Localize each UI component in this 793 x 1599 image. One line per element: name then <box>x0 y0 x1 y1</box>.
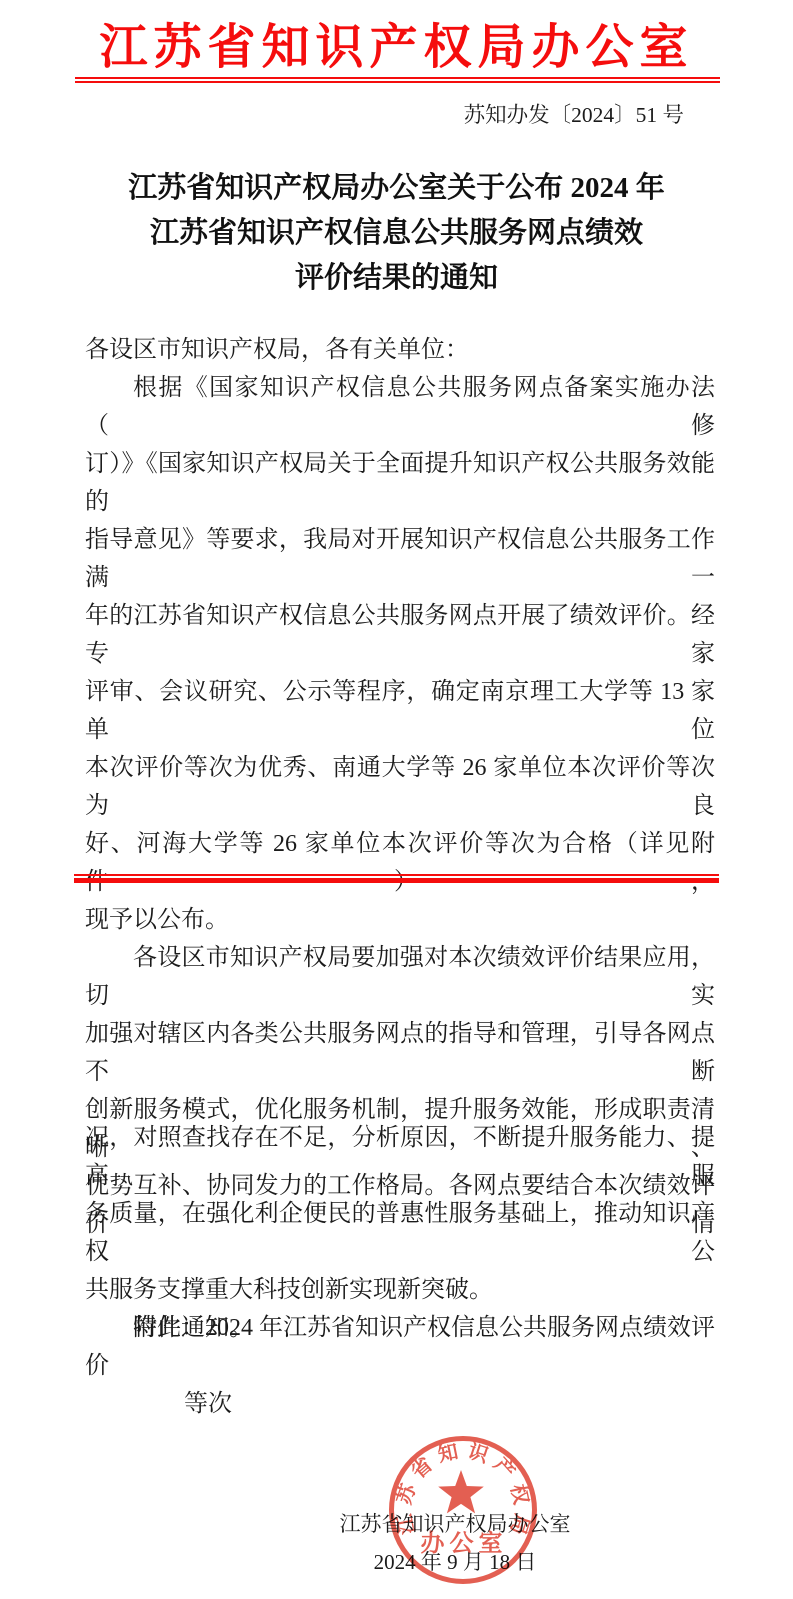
page-break-rule <box>74 874 719 883</box>
body-line: 评审、会议研究、公示等程序，确定南京理工大学等 13 家单位 <box>85 673 715 749</box>
body-line: 务质量，在强化利企便民的普惠性服务基础上，推动知识产权公 <box>85 1195 715 1271</box>
body-line: 订）》《国家知识产权局关于全面提升知识产权公共服务效能的 <box>85 445 715 521</box>
official-document-page: 江苏省知识产权局办公室 苏知办发〔2024〕51 号 江苏省知识产权局办公室关于… <box>0 0 793 1599</box>
body-page1: 各设区市知识产权局，各有关单位： 根据《国家知识产权信息公共服务网点备案实施办法… <box>85 331 715 1243</box>
notice-title: 江苏省知识产权局办公室关于公布 2024 年 江苏省知识产权信息公共服务网点绩效… <box>0 166 793 301</box>
body-line: 况，对照查找存在不足，分析原因，不断提升服务能力、提高服 <box>85 1119 715 1195</box>
attachment-line: 等次 <box>85 1385 715 1423</box>
header-double-rule <box>75 77 720 83</box>
official-seal: 江苏省知识产权局 办公室 <box>385 1432 541 1588</box>
body-line: 年的江苏省知识产权信息公共服务网点开展了绩效评价。经专家 <box>85 597 715 673</box>
attachment-note: 附件：2024 年江苏省知识产权信息公共服务网点绩效评价 等次 <box>85 1309 715 1423</box>
issuer-banner: 江苏省知识产权局办公室 <box>0 8 793 77</box>
body-line: 加强对辖区内各类公共服务网点的指导和管理，引导各网点不断 <box>85 1015 715 1091</box>
salutation-line: 各设区市知识产权局，各有关单位： <box>85 331 715 369</box>
doc-number: 苏知办发〔2024〕51 号 <box>464 98 684 129</box>
seal-star-icon <box>438 1470 484 1513</box>
body-line: 共服务支撑重大科技创新实现新突破。 <box>85 1271 715 1309</box>
body-line: 指导意见》等要求，我局对开展知识产权信息公共服务工作满一 <box>85 521 715 597</box>
body-line: 本次评价等次为优秀、南通大学等 26 家单位本次评价等次为良 <box>85 749 715 825</box>
notice-title-line: 评价结果的通知 <box>0 256 793 301</box>
seal-bottom-text: 办公室 <box>421 1530 508 1557</box>
body-line: 各设区市知识产权局要加强对本次绩效评价结果应用，切实 <box>85 939 715 1015</box>
notice-title-line: 江苏省知识产权局办公室关于公布 2024 年 <box>0 166 793 211</box>
attachment-line: 附件：2024 年江苏省知识产权信息公共服务网点绩效评价 <box>85 1309 715 1385</box>
notice-title-line: 江苏省知识产权信息公共服务网点绩效 <box>0 211 793 256</box>
body-line: 好、河海大学等 26 家单位本次评价等次为合格（详见附件）， <box>85 825 715 901</box>
body-line: 现予以公布。 <box>85 901 715 939</box>
body-line: 根据《国家知识产权信息公共服务网点备案实施办法（修 <box>85 369 715 445</box>
